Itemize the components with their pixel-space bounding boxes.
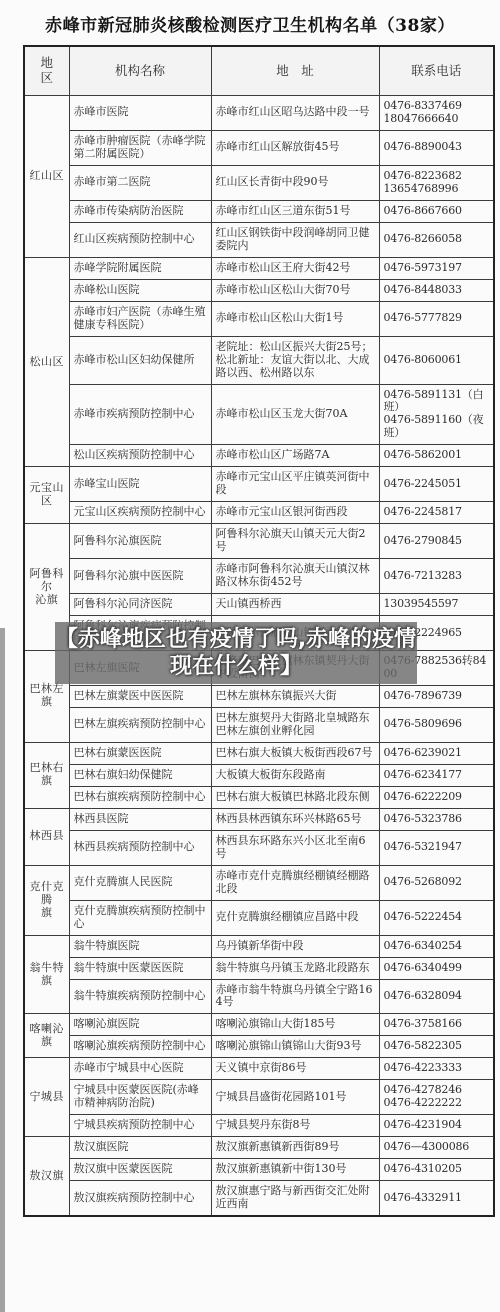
region-cell: 巴林右旗	[24, 742, 69, 808]
phone-cell: 0476-6340499	[379, 957, 494, 979]
address-cell: 巴林右旗大板镇大板街西段67号	[211, 742, 379, 764]
address-cell: 赤峰市克什克腾旗经棚镇经棚路北段	[211, 865, 379, 900]
name-cell: 巴林左旗疾病预防控制中心	[69, 707, 211, 742]
name-cell: 赤峰市医院	[69, 96, 211, 131]
address-cell: 巴林左旗林东镇振兴大街	[211, 685, 379, 707]
name-cell: 巴林左旗蒙医中医医院	[69, 685, 211, 707]
phone-cell: 0476-2790845	[379, 524, 494, 559]
phone-cell: 0476-8266058	[379, 222, 494, 257]
address-cell: 阿鲁科尔沁旗天山镇天元大街2号	[211, 524, 379, 559]
address-cell: 赤峰市松山区王府大街42号	[211, 257, 379, 279]
table-row: 赤峰市松山区妇幼保健所老院址：松山区振兴大街25号；松北新址：友谊大街以北、大成…	[24, 336, 494, 384]
phone-cell: 0476-4223333	[379, 1058, 494, 1080]
name-cell: 赤峰市肿瘤医院（赤峰学院第二附属医院）	[69, 130, 211, 165]
table-row: 赤峰市疾病预防控制中心赤峰市松山区玉龙大街70A0476-5891131（白班）…	[24, 384, 494, 445]
name-cell: 宁城县疾病预防控制中心	[69, 1115, 211, 1137]
address-cell: 大板镇大板街东段路南	[211, 764, 379, 786]
phone-cell: 0476-6239021	[379, 742, 494, 764]
address-cell: 克什克腾旗经棚镇应昌路中段	[211, 900, 379, 935]
table-row: 赤峰市肿瘤医院（赤峰学院第二附属医院）赤峰市红山区解放街45号0476-8890…	[24, 130, 494, 165]
phone-cell: 0476-5268092	[379, 865, 494, 900]
address-cell: 赤峰市红山区解放街45号	[211, 130, 379, 165]
name-cell: 宁城县中医蒙医医院(赤峰市精神病防治院)	[69, 1080, 211, 1115]
name-cell: 喀喇沁旗疾病预防控制中心	[69, 1036, 211, 1058]
phone-cell: 0476-4310205	[379, 1159, 494, 1181]
header-region: 地 区	[24, 46, 69, 96]
table-row: 克什克腾 旗克什克腾旗人民医院赤峰市克什克腾旗经棚镇经棚路北段0476-5268…	[24, 865, 494, 900]
name-cell: 阿鲁科尔沁旗医院	[69, 524, 211, 559]
name-cell: 翁牛特旗疾病预防控制中心	[69, 979, 211, 1014]
table-row: 翁牛特旗翁牛特旗医院乌丹镇新华街中段0476-6340254	[24, 935, 494, 957]
name-cell: 阿鲁科尔沁同济医院	[69, 594, 211, 616]
region-cell: 林西县	[24, 808, 69, 865]
name-cell: 赤峰学院附属医院	[69, 257, 211, 279]
address-cell: 巴林右旗大板镇巴林路北段东侧	[211, 786, 379, 808]
table-row: 敖汉旗敖汉旗医院敖汉旗新惠镇新西街89号0476—4300086	[24, 1137, 494, 1159]
table-row: 阿鲁科尔沁旗中医医院赤峰市阿鲁科尔沁旗天山镇汉林路汉林东街452号0476-72…	[24, 559, 494, 594]
phone-cell: 0476-4231904	[379, 1115, 494, 1137]
table-row: 赤峰松山医院赤峰市松山区松山大街70号0476-8448033	[24, 279, 494, 301]
phone-cell: 0476-5777829	[379, 301, 494, 336]
table-row: 巴林右旗妇幼保健院大板镇大板街东段路南0476-6234177	[24, 764, 494, 786]
name-cell: 赤峰市宁城县中心医院	[69, 1058, 211, 1080]
phone-cell: 0476-7896739	[379, 685, 494, 707]
phone-cell: 0476-2245817	[379, 502, 494, 524]
table-row: 宁城县中医蒙医医院(赤峰市精神病防治院)宁城县昌盛街花园路101号0476-42…	[24, 1080, 494, 1115]
name-cell: 松山区疾病预防控制中心	[69, 445, 211, 467]
phone-cell: 0476-6340254	[379, 935, 494, 957]
name-cell: 巴林右旗妇幼保健院	[69, 764, 211, 786]
name-cell: 敖汉旗疾病预防控制中心	[69, 1181, 211, 1216]
name-cell: 赤峰市疾病预防控制中心	[69, 384, 211, 445]
phone-cell: 0476-5809696	[379, 707, 494, 742]
name-cell: 赤峰市妇产医院（赤峰生殖健康专科医院）	[69, 301, 211, 336]
phone-cell: 0476-6234177	[379, 764, 494, 786]
phone-cell: 0476—4300086	[379, 1137, 494, 1159]
name-cell: 敖汉旗中医蒙医医院	[69, 1159, 211, 1181]
table-row: 宁城县赤峰市宁城县中心医院天义镇中京街86号0476-4223333	[24, 1058, 494, 1080]
address-cell: 赤峰市红山区三道东街51号	[211, 200, 379, 222]
table-row: 赤峰市第二医院红山区长青街中段90号0476-8223682 136547689…	[24, 165, 494, 200]
address-cell: 赤峰市松山区玉龙大街70A	[211, 384, 379, 445]
name-cell: 翁牛特旗医院	[69, 935, 211, 957]
phone-cell: 13039545597	[379, 594, 494, 616]
address-cell: 赤峰市元宝山区银河街西段	[211, 502, 379, 524]
name-cell: 巴林右旗蒙医医院	[69, 742, 211, 764]
table-row: 巴林左旗蒙医中医医院巴林左旗林东镇振兴大街0476-7896739	[24, 685, 494, 707]
phone-cell: 0476-8890043	[379, 130, 494, 165]
name-cell: 林西县医院	[69, 808, 211, 830]
phone-cell: 0476-6328094	[379, 979, 494, 1014]
name-cell: 克什克腾旗疾病预防控制中心	[69, 900, 211, 935]
name-cell: 元宝山区疾病预防控制中心	[69, 502, 211, 524]
table-row: 阿鲁科尔 沁旗阿鲁科尔沁旗医院阿鲁科尔沁旗天山镇天元大街2号0476-27908…	[24, 524, 494, 559]
table-row: 红山区疾病预防控制中心红山区钢铁街中段润峰胡同卫健委院内0476-8266058	[24, 222, 494, 257]
table-row: 林西县林西县医院林西县林西镇东环兴林路65号0476-5323786	[24, 808, 494, 830]
region-cell: 松山区	[24, 257, 69, 467]
table-row: 喀喇沁旗喀喇沁旗医院喀喇沁旗锦山大街185号0476-3758166	[24, 1014, 494, 1036]
header-institution-name: 机构名称	[69, 46, 211, 96]
table-row: 赤峰市传染病防治医院赤峰市红山区三道东街51号0476-8667660	[24, 200, 494, 222]
address-cell: 天山镇西桥西	[211, 594, 379, 616]
table-row: 阿鲁科尔沁同济医院天山镇西桥西13039545597	[24, 594, 494, 616]
watermark-overlay: 【赤峰地区也有疫情了吗,赤峰的疫情 现在什么样】	[55, 622, 417, 684]
phone-cell: 0476-5222454	[379, 900, 494, 935]
table-row: 宁城县疾病预防控制中心宁城县契丹东街8号0476-4231904	[24, 1115, 494, 1137]
table-row: 红山区赤峰市医院赤峰市红山区昭乌达路中段一号0476-8337469 18047…	[24, 96, 494, 131]
phone-cell: 0476-8667660	[379, 200, 494, 222]
address-cell: 敖汉旗新惠镇新中街130号	[211, 1159, 379, 1181]
name-cell: 赤峰宝山医院	[69, 467, 211, 502]
name-cell: 赤峰市第二医院	[69, 165, 211, 200]
name-cell: 赤峰市松山区妇幼保健所	[69, 336, 211, 384]
name-cell: 红山区疾病预防控制中心	[69, 222, 211, 257]
table-row: 敖汉旗疾病预防控制中心敖汉旗惠宁路与新西街交汇处附近西南0476-4332911	[24, 1181, 494, 1216]
table-row: 巴林右旗巴林右旗蒙医医院巴林右旗大板镇大板街西段67号0476-6239021	[24, 742, 494, 764]
address-cell: 红山区钢铁街中段润峰胡同卫健委院内	[211, 222, 379, 257]
header-phone: 联系电话	[379, 46, 494, 96]
table-row: 元宝山区赤峰宝山医院赤峰市元宝山区平庄镇英河街中段0476-2245051	[24, 467, 494, 502]
region-cell: 元宝山区	[24, 467, 69, 524]
name-cell: 翁牛特旗中医蒙医医院	[69, 957, 211, 979]
address-cell: 乌丹镇新华街中段	[211, 935, 379, 957]
address-cell: 赤峰市翁牛特旗乌丹镇全宁路164号	[211, 979, 379, 1014]
page-title: 赤峰市新冠肺炎核酸检测医疗卫生机构名单（38家）	[0, 0, 500, 45]
name-cell: 敖汉旗医院	[69, 1137, 211, 1159]
table-row: 喀喇沁旗疾病预防控制中心喀喇沁旗锦山镇锦山大街93号0476-5822305	[24, 1036, 494, 1058]
address-cell: 赤峰市阿鲁科尔沁旗天山镇汉林路汉林东街452号	[211, 559, 379, 594]
header-address: 地 址	[211, 46, 379, 96]
address-cell: 红山区长青街中段90号	[211, 165, 379, 200]
table-row: 巴林右旗疾病预防控制中心巴林右旗大板镇巴林路北段东侧0476-6222209	[24, 786, 494, 808]
name-cell: 林西县疾病预防控制中心	[69, 830, 211, 865]
table-row: 赤峰市妇产医院（赤峰生殖健康专科医院）赤峰市松山区松山大街1号0476-5777…	[24, 301, 494, 336]
address-cell: 赤峰市元宝山区平庄镇英河街中段	[211, 467, 379, 502]
phone-cell: 0476-6222209	[379, 786, 494, 808]
table-row: 松山区疾病预防控制中心赤峰市松山区广场路7A0476-5862001	[24, 445, 494, 467]
name-cell: 喀喇沁旗医院	[69, 1014, 211, 1036]
name-cell: 赤峰松山医院	[69, 279, 211, 301]
table-row: 松山区赤峰学院附属医院赤峰市松山区王府大街42号0476-5973197	[24, 257, 494, 279]
region-cell: 红山区	[24, 96, 69, 258]
address-cell: 赤峰市松山区松山大街70号	[211, 279, 379, 301]
region-cell: 宁城县	[24, 1058, 69, 1137]
address-cell: 老院址：松山区振兴大街25号；松北新址：友谊大街以北、大成路以西、松州路以东	[211, 336, 379, 384]
name-cell: 克什克腾旗人民医院	[69, 865, 211, 900]
table-row: 元宝山区疾病预防控制中心赤峰市元宝山区银河街西段0476-2245817	[24, 502, 494, 524]
region-cell: 翁牛特旗	[24, 935, 69, 1014]
address-cell: 林西县林西镇东环兴林路65号	[211, 808, 379, 830]
table-row: 林西县疾病预防控制中心林西县东环路东兴小区北至南6号0476-5321947	[24, 830, 494, 865]
phone-cell: 0476-8223682 13654768996	[379, 165, 494, 200]
table-header-row: 地 区 机构名称 地 址 联系电话	[24, 46, 494, 96]
address-cell: 赤峰市松山区松山大街1号	[211, 301, 379, 336]
table-row: 敖汉旗中医蒙医医院敖汉旗新惠镇新中街130号0476-4310205	[24, 1159, 494, 1181]
phone-cell: 0476-5323786	[379, 808, 494, 830]
table-row: 翁牛特旗疾病预防控制中心赤峰市翁牛特旗乌丹镇全宁路164号0476-632809…	[24, 979, 494, 1014]
phone-cell: 0476-3758166	[379, 1014, 494, 1036]
address-cell: 喀喇沁旗锦山镇锦山大街93号	[211, 1036, 379, 1058]
region-cell: 克什克腾 旗	[24, 865, 69, 935]
name-cell: 巴林右旗疾病预防控制中心	[69, 786, 211, 808]
address-cell: 林西县东环路东兴小区北至南6号	[211, 830, 379, 865]
phone-cell: 0476-7213283	[379, 559, 494, 594]
region-cell: 喀喇沁旗	[24, 1014, 69, 1058]
table-row: 克什克腾旗疾病预防控制中心克什克腾旗经棚镇应昌路中段0476-5222454	[24, 900, 494, 935]
address-cell: 翁牛特旗乌丹镇玉龙路北段路东	[211, 957, 379, 979]
watermark-text-line2: 现在什么样】	[170, 653, 302, 681]
address-cell: 敖汉旗惠宁路与新西街交汇处附近西南	[211, 1181, 379, 1216]
phone-cell: 0476-8337469 18047666640	[379, 96, 494, 131]
phone-cell: 0476-5973197	[379, 257, 494, 279]
phone-cell: 0476-5822305	[379, 1036, 494, 1058]
address-cell: 宁城县契丹东街8号	[211, 1115, 379, 1137]
phone-cell: 0476-5321947	[379, 830, 494, 865]
phone-cell: 0476-5862001	[379, 445, 494, 467]
phone-cell: 0476-4278246 0476-4222222	[379, 1080, 494, 1115]
address-cell: 宁城县昌盛街花园路101号	[211, 1080, 379, 1115]
name-cell: 赤峰市传染病防治医院	[69, 200, 211, 222]
left-edge-strip	[0, 628, 5, 1312]
phone-cell: 0476-2245051	[379, 467, 494, 502]
phone-cell: 0476-8448033	[379, 279, 494, 301]
phone-cell: 0476-8060061	[379, 336, 494, 384]
table-row: 翁牛特旗中医蒙医医院翁牛特旗乌丹镇玉龙路北段路东0476-6340499	[24, 957, 494, 979]
watermark-text-line1: 【赤峰地区也有疫情了吗,赤峰的疫情	[56, 626, 416, 654]
address-cell: 赤峰市红山区昭乌达路中段一号	[211, 96, 379, 131]
region-cell: 敖汉旗	[24, 1137, 69, 1216]
address-cell: 巴林左旗契丹大街路北皇城路东巴林左旗创业孵化园	[211, 707, 379, 742]
name-cell: 阿鲁科尔沁旗中医医院	[69, 559, 211, 594]
address-cell: 赤峰市松山区广场路7A	[211, 445, 379, 467]
table-row: 巴林左旗疾病预防控制中心巴林左旗契丹大街路北皇城路东巴林左旗创业孵化园0476-…	[24, 707, 494, 742]
address-cell: 敖汉旗新惠镇新西街89号	[211, 1137, 379, 1159]
address-cell: 天义镇中京街86号	[211, 1058, 379, 1080]
phone-cell: 0476-5891131（白班） 0476-5891160（夜班）	[379, 384, 494, 445]
address-cell: 喀喇沁旗锦山大街185号	[211, 1014, 379, 1036]
phone-cell: 0476-4332911	[379, 1181, 494, 1216]
